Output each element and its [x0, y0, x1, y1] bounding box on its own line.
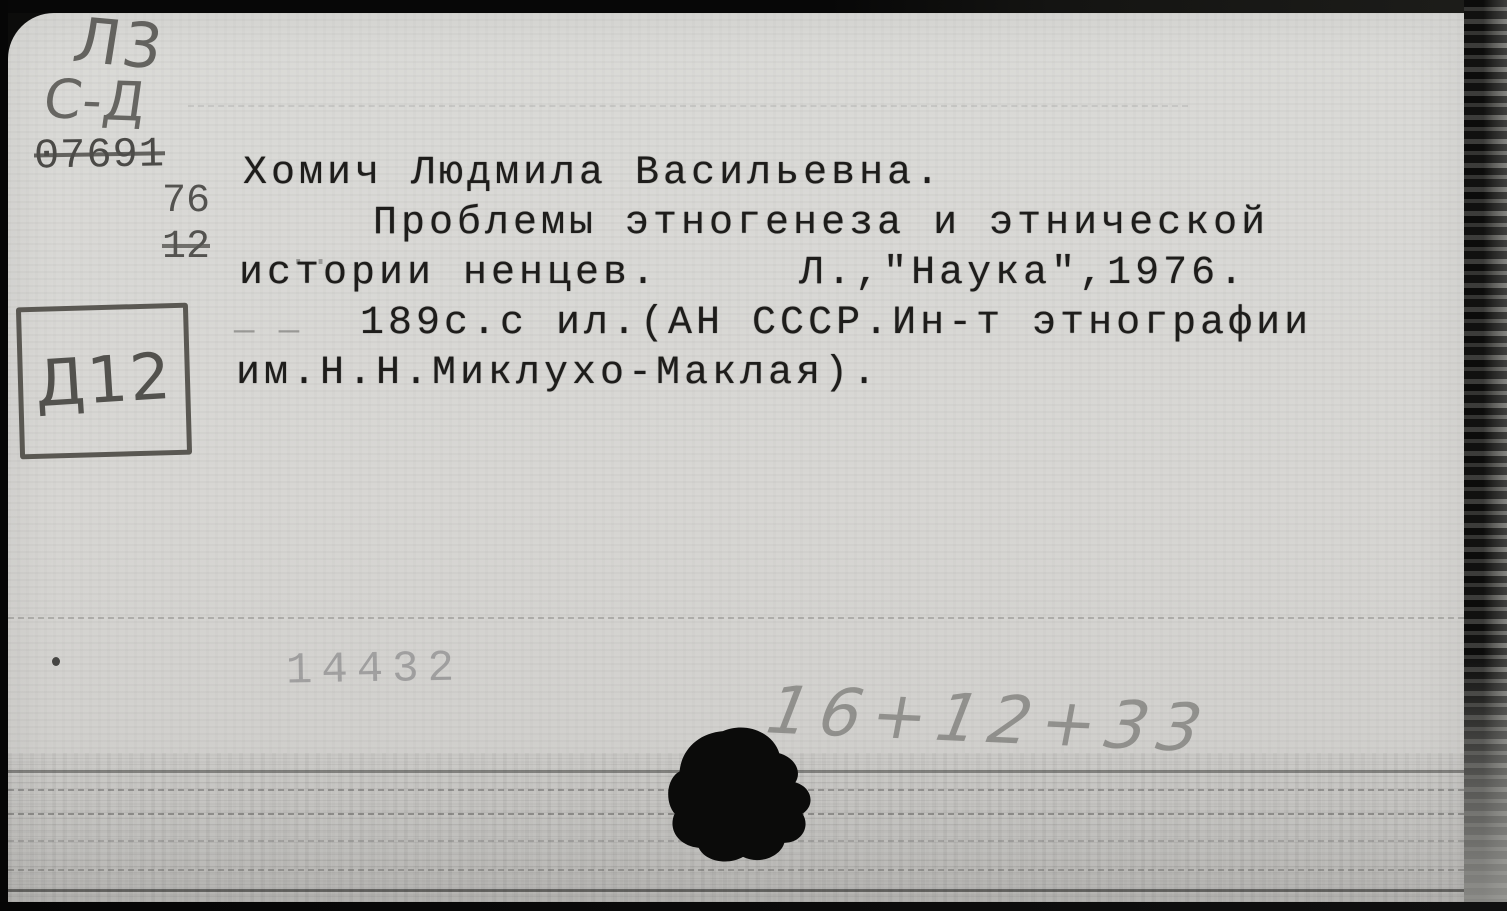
- scan-edge-left: [0, 0, 8, 911]
- struck-call-number-2: 12: [34, 225, 210, 270]
- ruled-line: [8, 889, 1464, 892]
- adjacent-card-edge: [1464, 0, 1507, 911]
- shelf-mark-box: Д12: [16, 303, 192, 460]
- faint-horizontal-rule: [8, 617, 1464, 619]
- shelf-mark-label: Д12: [33, 340, 175, 422]
- catalog-card-scan: Л3 С-Д 07691 76 12 Д12 Хомич Людмила Вас…: [0, 0, 1507, 911]
- author-line: Хомич Людмила Васильевна.: [243, 154, 943, 194]
- title-line: Проблемы этногенеза и этнической: [373, 204, 1269, 244]
- catalog-card: Л3 С-Д 07691 76 12 Д12 Хомич Людмила Вас…: [8, 13, 1464, 903]
- series-line: им.Н.Н.Миклухо-Маклая).: [236, 354, 880, 394]
- accession-number-stamp: 14432: [286, 643, 464, 696]
- ink-speck: [52, 657, 60, 666]
- title-imprint-line: истории ненцев. Л.,"Наука",1976.: [239, 254, 1247, 294]
- faint-dash-marks: — —: [234, 313, 301, 351]
- faint-smudge-line: [188, 105, 1188, 107]
- scan-edge-bottom: [0, 902, 1507, 911]
- scan-edge-top: [0, 0, 1507, 13]
- call-number-year: 76: [34, 179, 210, 224]
- struck-call-number: 07691: [34, 129, 211, 180]
- ruled-line: [8, 869, 1464, 871]
- collation-line: 189с.с ил.(АН СССР.Ин-т этнографии: [360, 304, 1312, 344]
- handwritten-class-range: С-Д: [40, 67, 151, 133]
